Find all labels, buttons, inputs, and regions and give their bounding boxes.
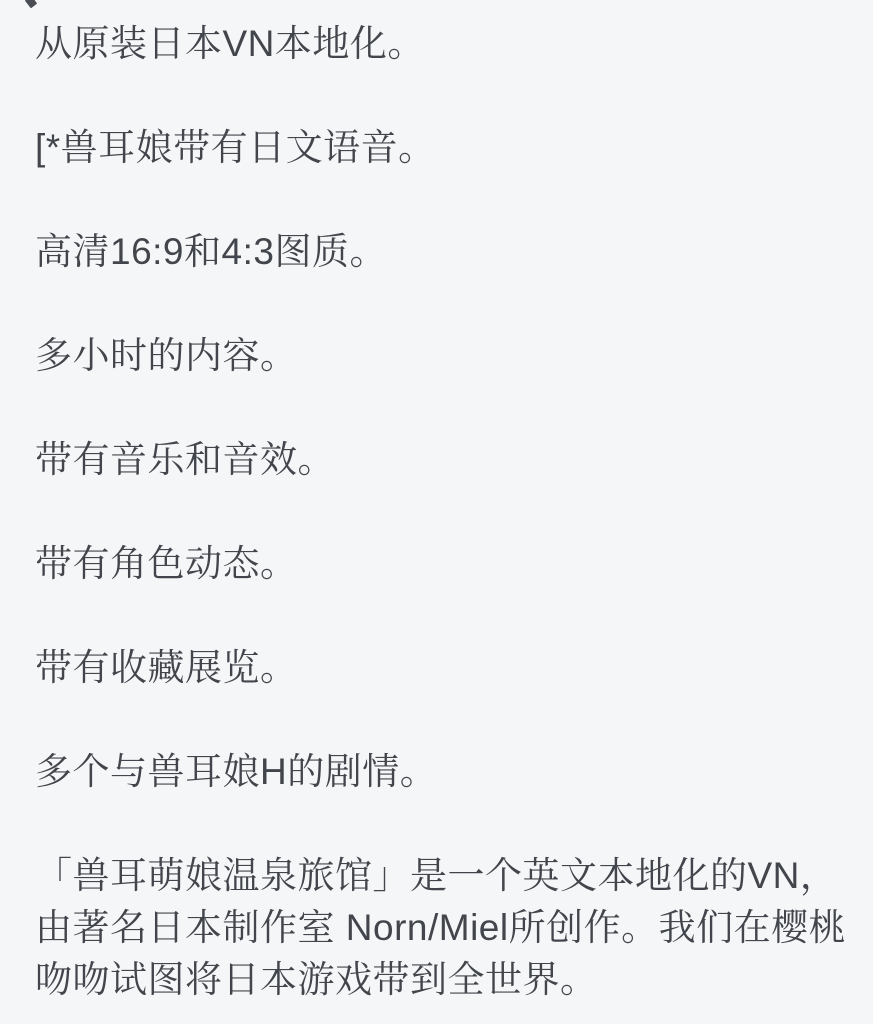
feature-line-hours: 多小时的内容。 xyxy=(35,330,867,382)
feature-line-animation: 带有角色动态。 xyxy=(35,538,867,590)
feature-line-resolution: 高清16:9和4:3图质。 xyxy=(35,226,867,278)
game-description: 从原装日本VN本地化。 [*兽耳娘带有日文语音。 高清16:9和4:3图质。 多… xyxy=(0,0,867,1006)
feature-line-localization: 从原装日本VN本地化。 xyxy=(35,18,867,70)
feature-line-gallery: 带有收藏展览。 xyxy=(35,642,867,694)
feature-line-music: 带有音乐和音效。 xyxy=(35,434,867,486)
feature-line-scenes: 多个与兽耳娘H的剧情。 xyxy=(35,746,867,798)
feature-line-voice: [*兽耳娘带有日文语音。 xyxy=(35,122,867,174)
about-paragraph: 「兽耳萌娘温泉旅馆」是一个英文本地化的VN，由著名日本制作室 Norn/Miel… xyxy=(35,850,867,1006)
